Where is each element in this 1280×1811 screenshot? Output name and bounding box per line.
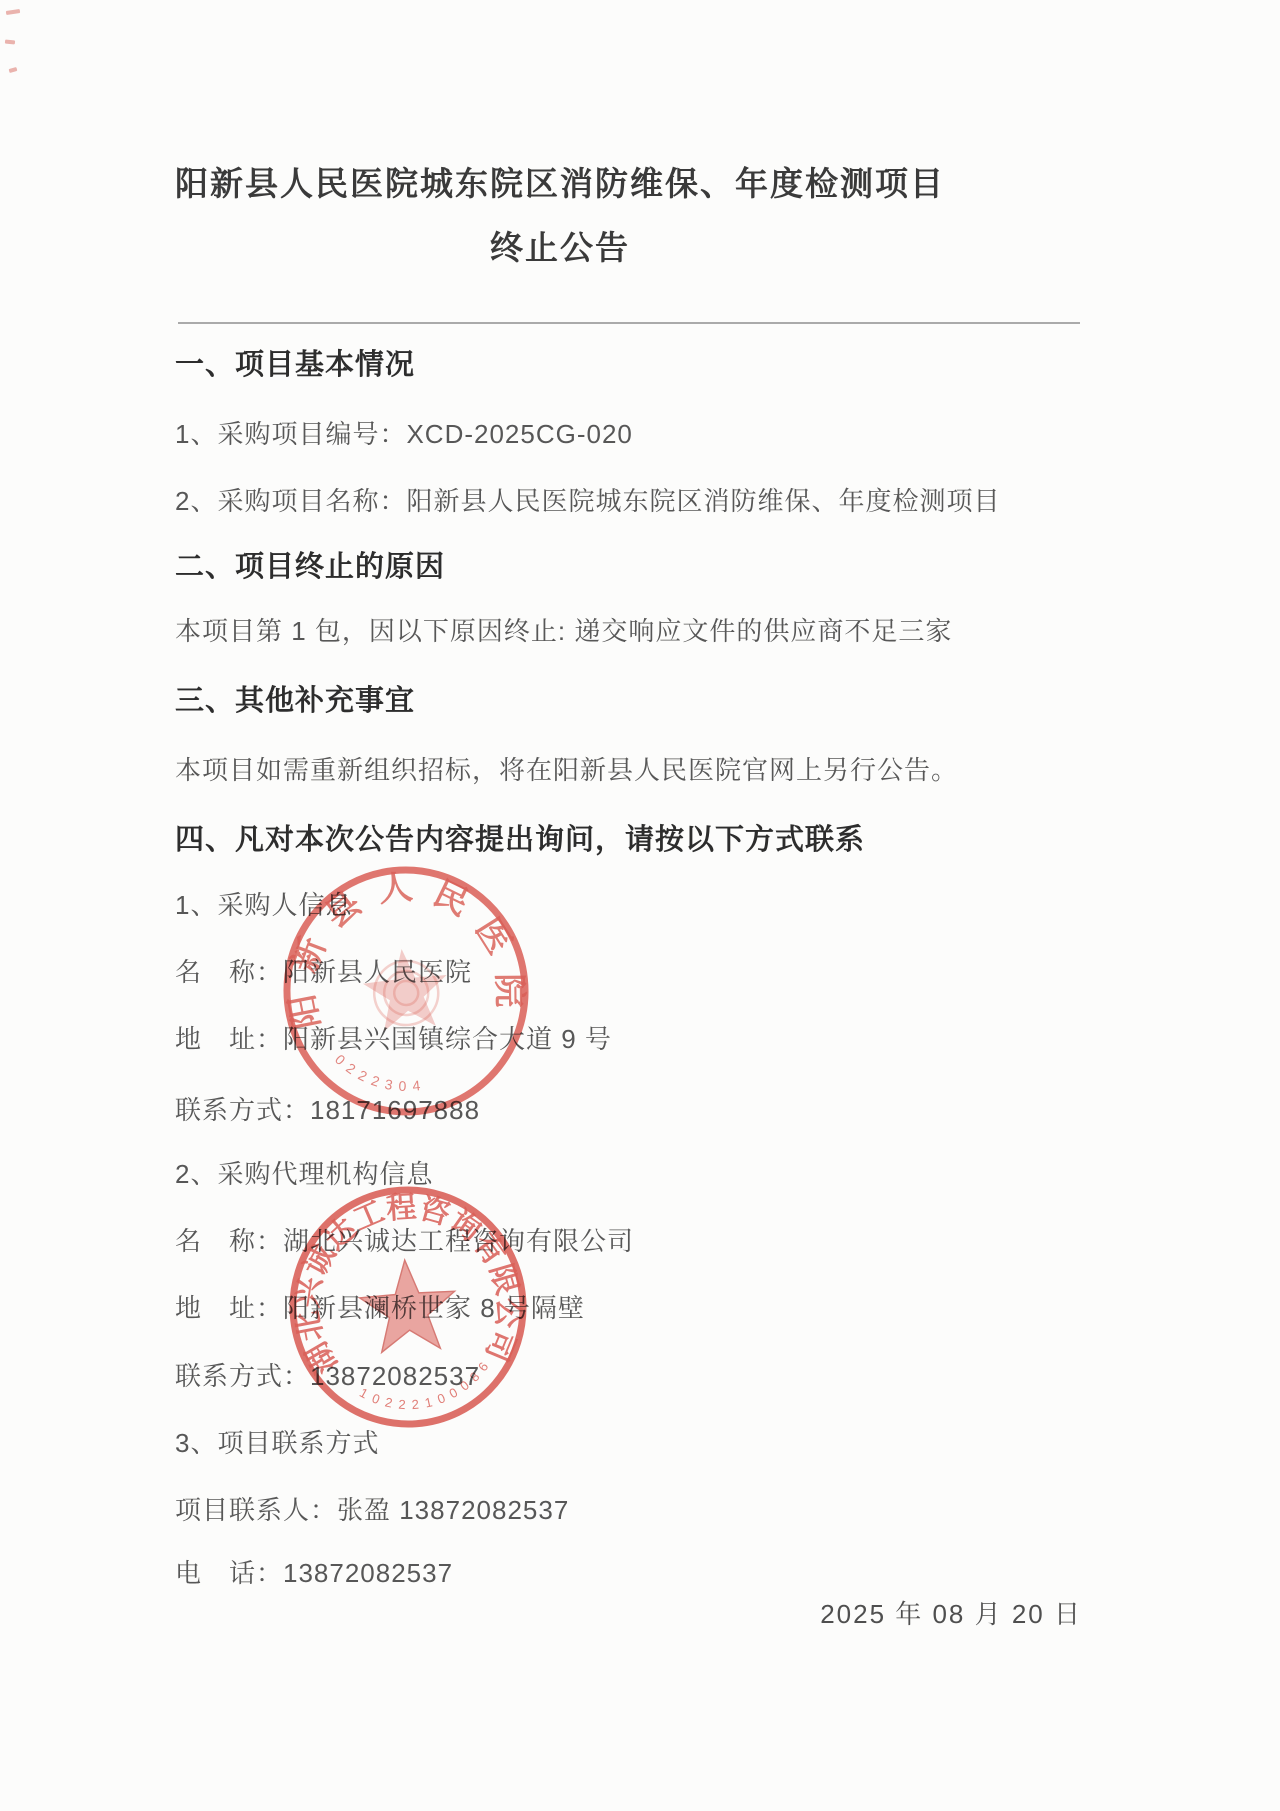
section1-heading: 一、项目基本情况 [175,342,415,383]
supplement-line: 本项目如需重新组织招标，将在阳新县人民医院官网上另行公告。 [175,750,958,787]
document-title-line2: 终止公告 [175,222,945,269]
document-title-line1: 阳新县人民医院城东院区消防维保、年度检测项目 [175,158,945,205]
buyer-official-seal: 阳新县人民医院 0222304 [276,861,536,1121]
section2-heading: 二、项目终止的原因 [175,544,445,585]
title-divider [178,322,1080,324]
scan-artifact [5,40,15,45]
agency-seal-graphic: 湖北兴诚达工程咨询有限公司 1022210008686 [283,1182,533,1432]
project-phone-line: 电 话：13872082537 [175,1553,453,1590]
buyer-seal-graphic: 阳新县人民医院 0222304 [276,861,536,1121]
scan-artifact [6,9,20,15]
section4-heading: 四、凡对本次公告内容提出询问，请按以下方式联系 [175,817,865,858]
scanned-announcement-document: 阳新县人民医院城东院区消防维保、年度检测项目 终止公告 一、项目基本情况 1、采… [0,0,1280,1811]
agency-official-seal: 湖北兴诚达工程咨询有限公司 1022210008686 [283,1182,533,1432]
project-contact-person-line: 项目联系人：张盈 13872082537 [175,1490,569,1527]
project-name-line: 2、采购项目名称：阳新县人民医院城东院区消防维保、年度检测项目 [175,481,1000,518]
project-number-line: 1、采购项目编号：XCD-2025CG-020 [175,414,633,451]
termination-reason-line: 本项目第 1 包，因以下原因终止: 递交响应文件的供应商不足三家 [175,611,952,648]
scan-artifact [9,67,18,73]
announcement-date: 2025 年 08 月 20 日 [175,1594,1082,1631]
section3-heading: 三、其他补充事宜 [175,678,415,719]
